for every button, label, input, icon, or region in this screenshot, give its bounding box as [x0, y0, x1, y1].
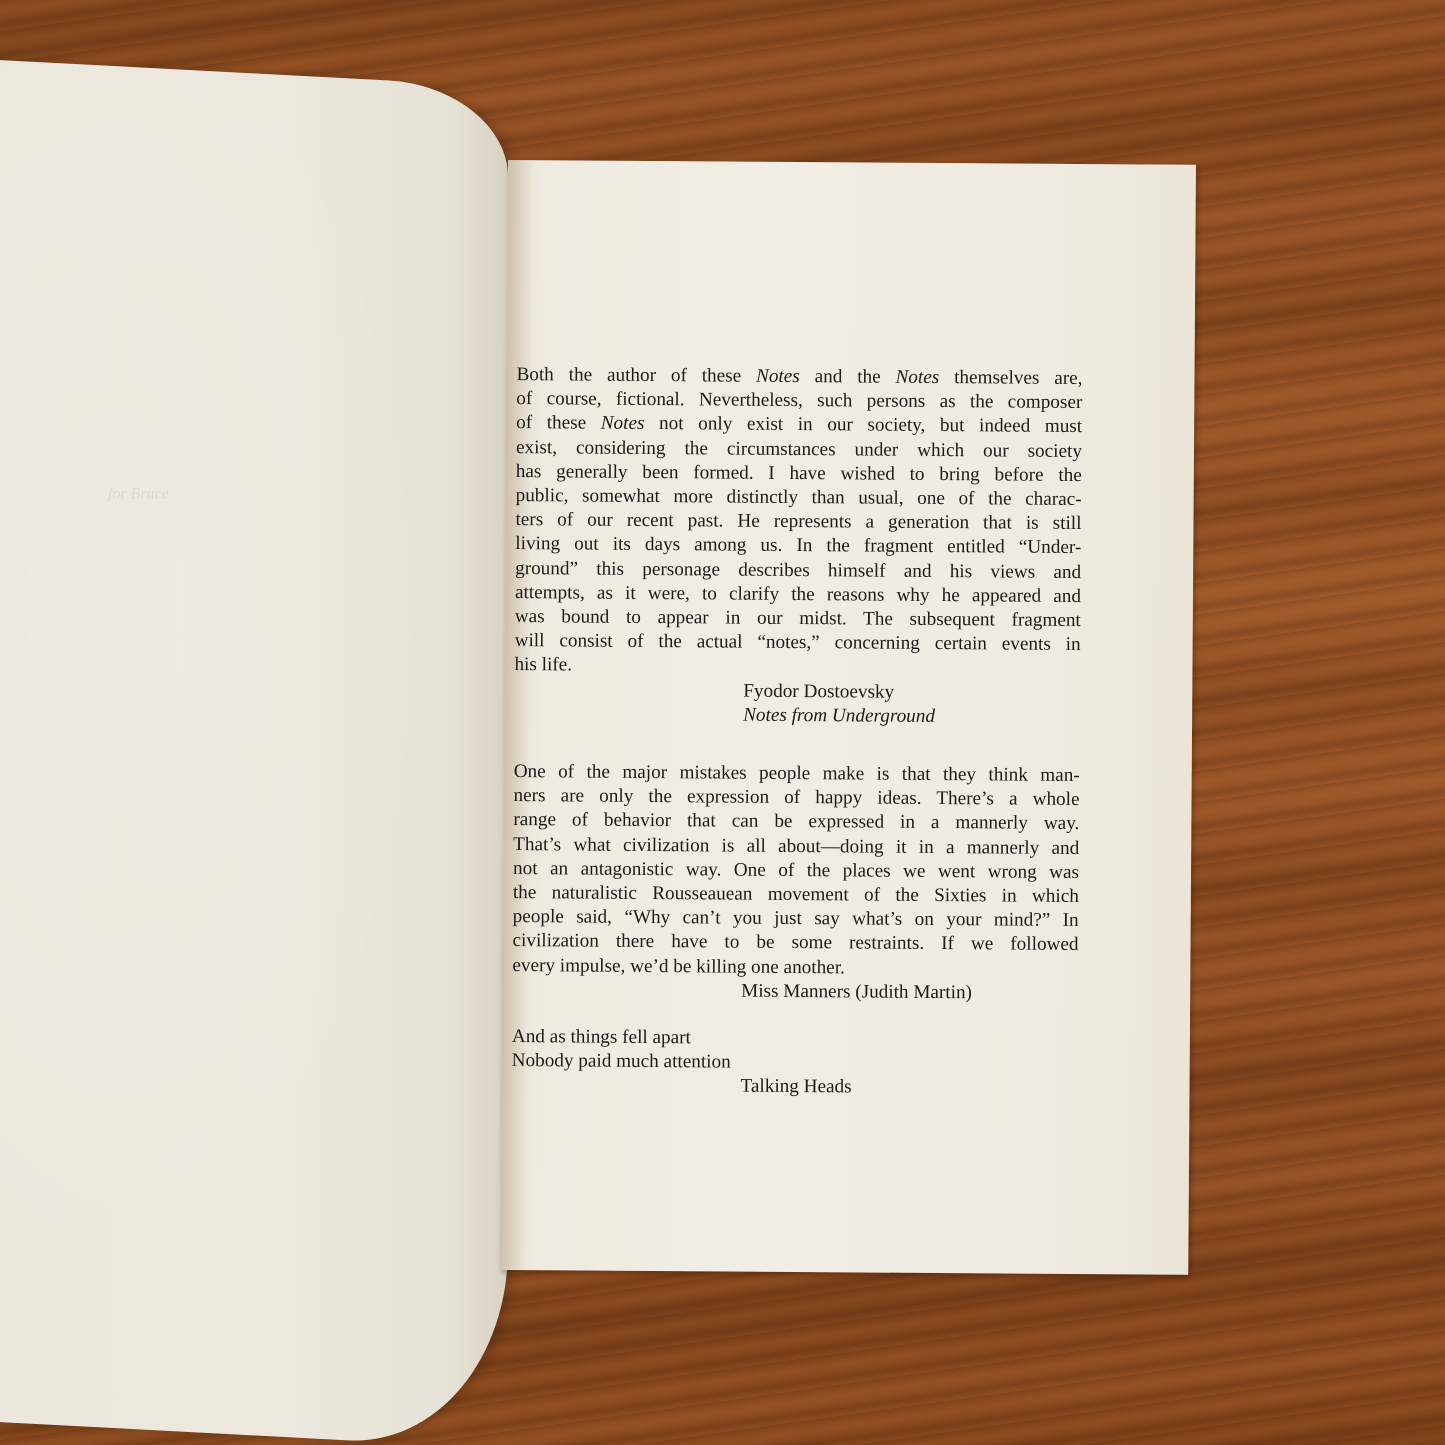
text-line: of these Notes not only exist in our soc… — [516, 411, 1082, 439]
text-line: range of behavior that can be expressed … — [513, 809, 1079, 837]
show-through-dedication: for Bruce — [108, 485, 169, 503]
right-page: Both the author of these Notes and the N… — [500, 160, 1196, 1275]
text-line: That’s what civilization is all about—do… — [513, 833, 1079, 861]
text-line: will consist of the actual “notes,” conc… — [515, 629, 1081, 657]
spacer — [514, 726, 1080, 764]
attribution-author: Talking Heads — [511, 1074, 1077, 1102]
text-line: ground” this personage describes himself… — [515, 557, 1081, 585]
text-line: civilization there have to be some restr… — [512, 930, 1078, 958]
text-line: exist, considering the circumstances und… — [516, 436, 1082, 464]
text-line: living out its days among us. In the fra… — [515, 532, 1081, 560]
epigraph-talking-heads: And as things fell apart Nobody paid muc… — [511, 1025, 1077, 1102]
epigraph-text-block: Both the author of these Notes and the N… — [511, 363, 1082, 1102]
verse-line: Nobody paid much attention — [512, 1049, 1078, 1077]
epigraph-dostoevsky: Both the author of these Notes and the N… — [514, 363, 1083, 730]
text-line: every impulse, we’d be killing one anoth… — [512, 954, 1078, 982]
left-page: for Bruce — [0, 58, 508, 1445]
epigraph-miss-manners: One of the major mistakes people make is… — [512, 760, 1080, 1006]
